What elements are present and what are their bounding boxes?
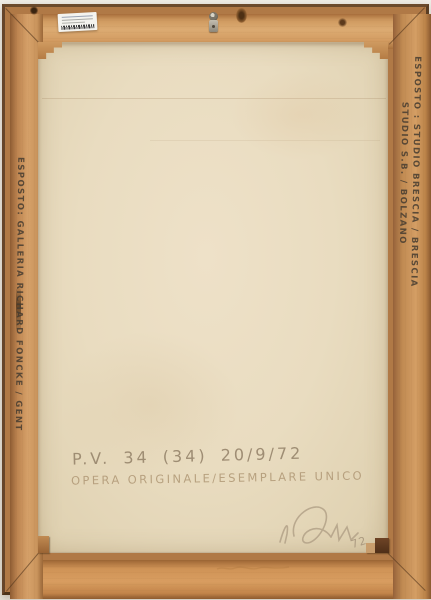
label-text-line: [62, 18, 93, 21]
canvas-crease: [42, 98, 386, 99]
keyhole-hanger: [207, 12, 220, 33]
hanger-screw: [212, 25, 215, 28]
barcode-icon: [61, 24, 94, 30]
corner-nail: [30, 6, 38, 15]
stretcher-key-bottom-right: [375, 538, 389, 553]
inscription-right-rail: ESPOSTO : STUDIO BRESCIA / BRESCIA STUDI…: [396, 56, 423, 316]
wood-knot: [236, 8, 247, 23]
photo-artwork-verso: ESPOSTO: GALLERIA RICHARD FONCKE / GENT …: [0, 0, 431, 600]
stretcher-key-bottom-left: [38, 536, 49, 553]
label-text-line: [62, 22, 85, 24]
faint-bottom-marks: [213, 560, 293, 576]
canvas-crease: [150, 140, 380, 141]
inventory-label: [58, 12, 98, 32]
wood-knot: [338, 18, 347, 27]
